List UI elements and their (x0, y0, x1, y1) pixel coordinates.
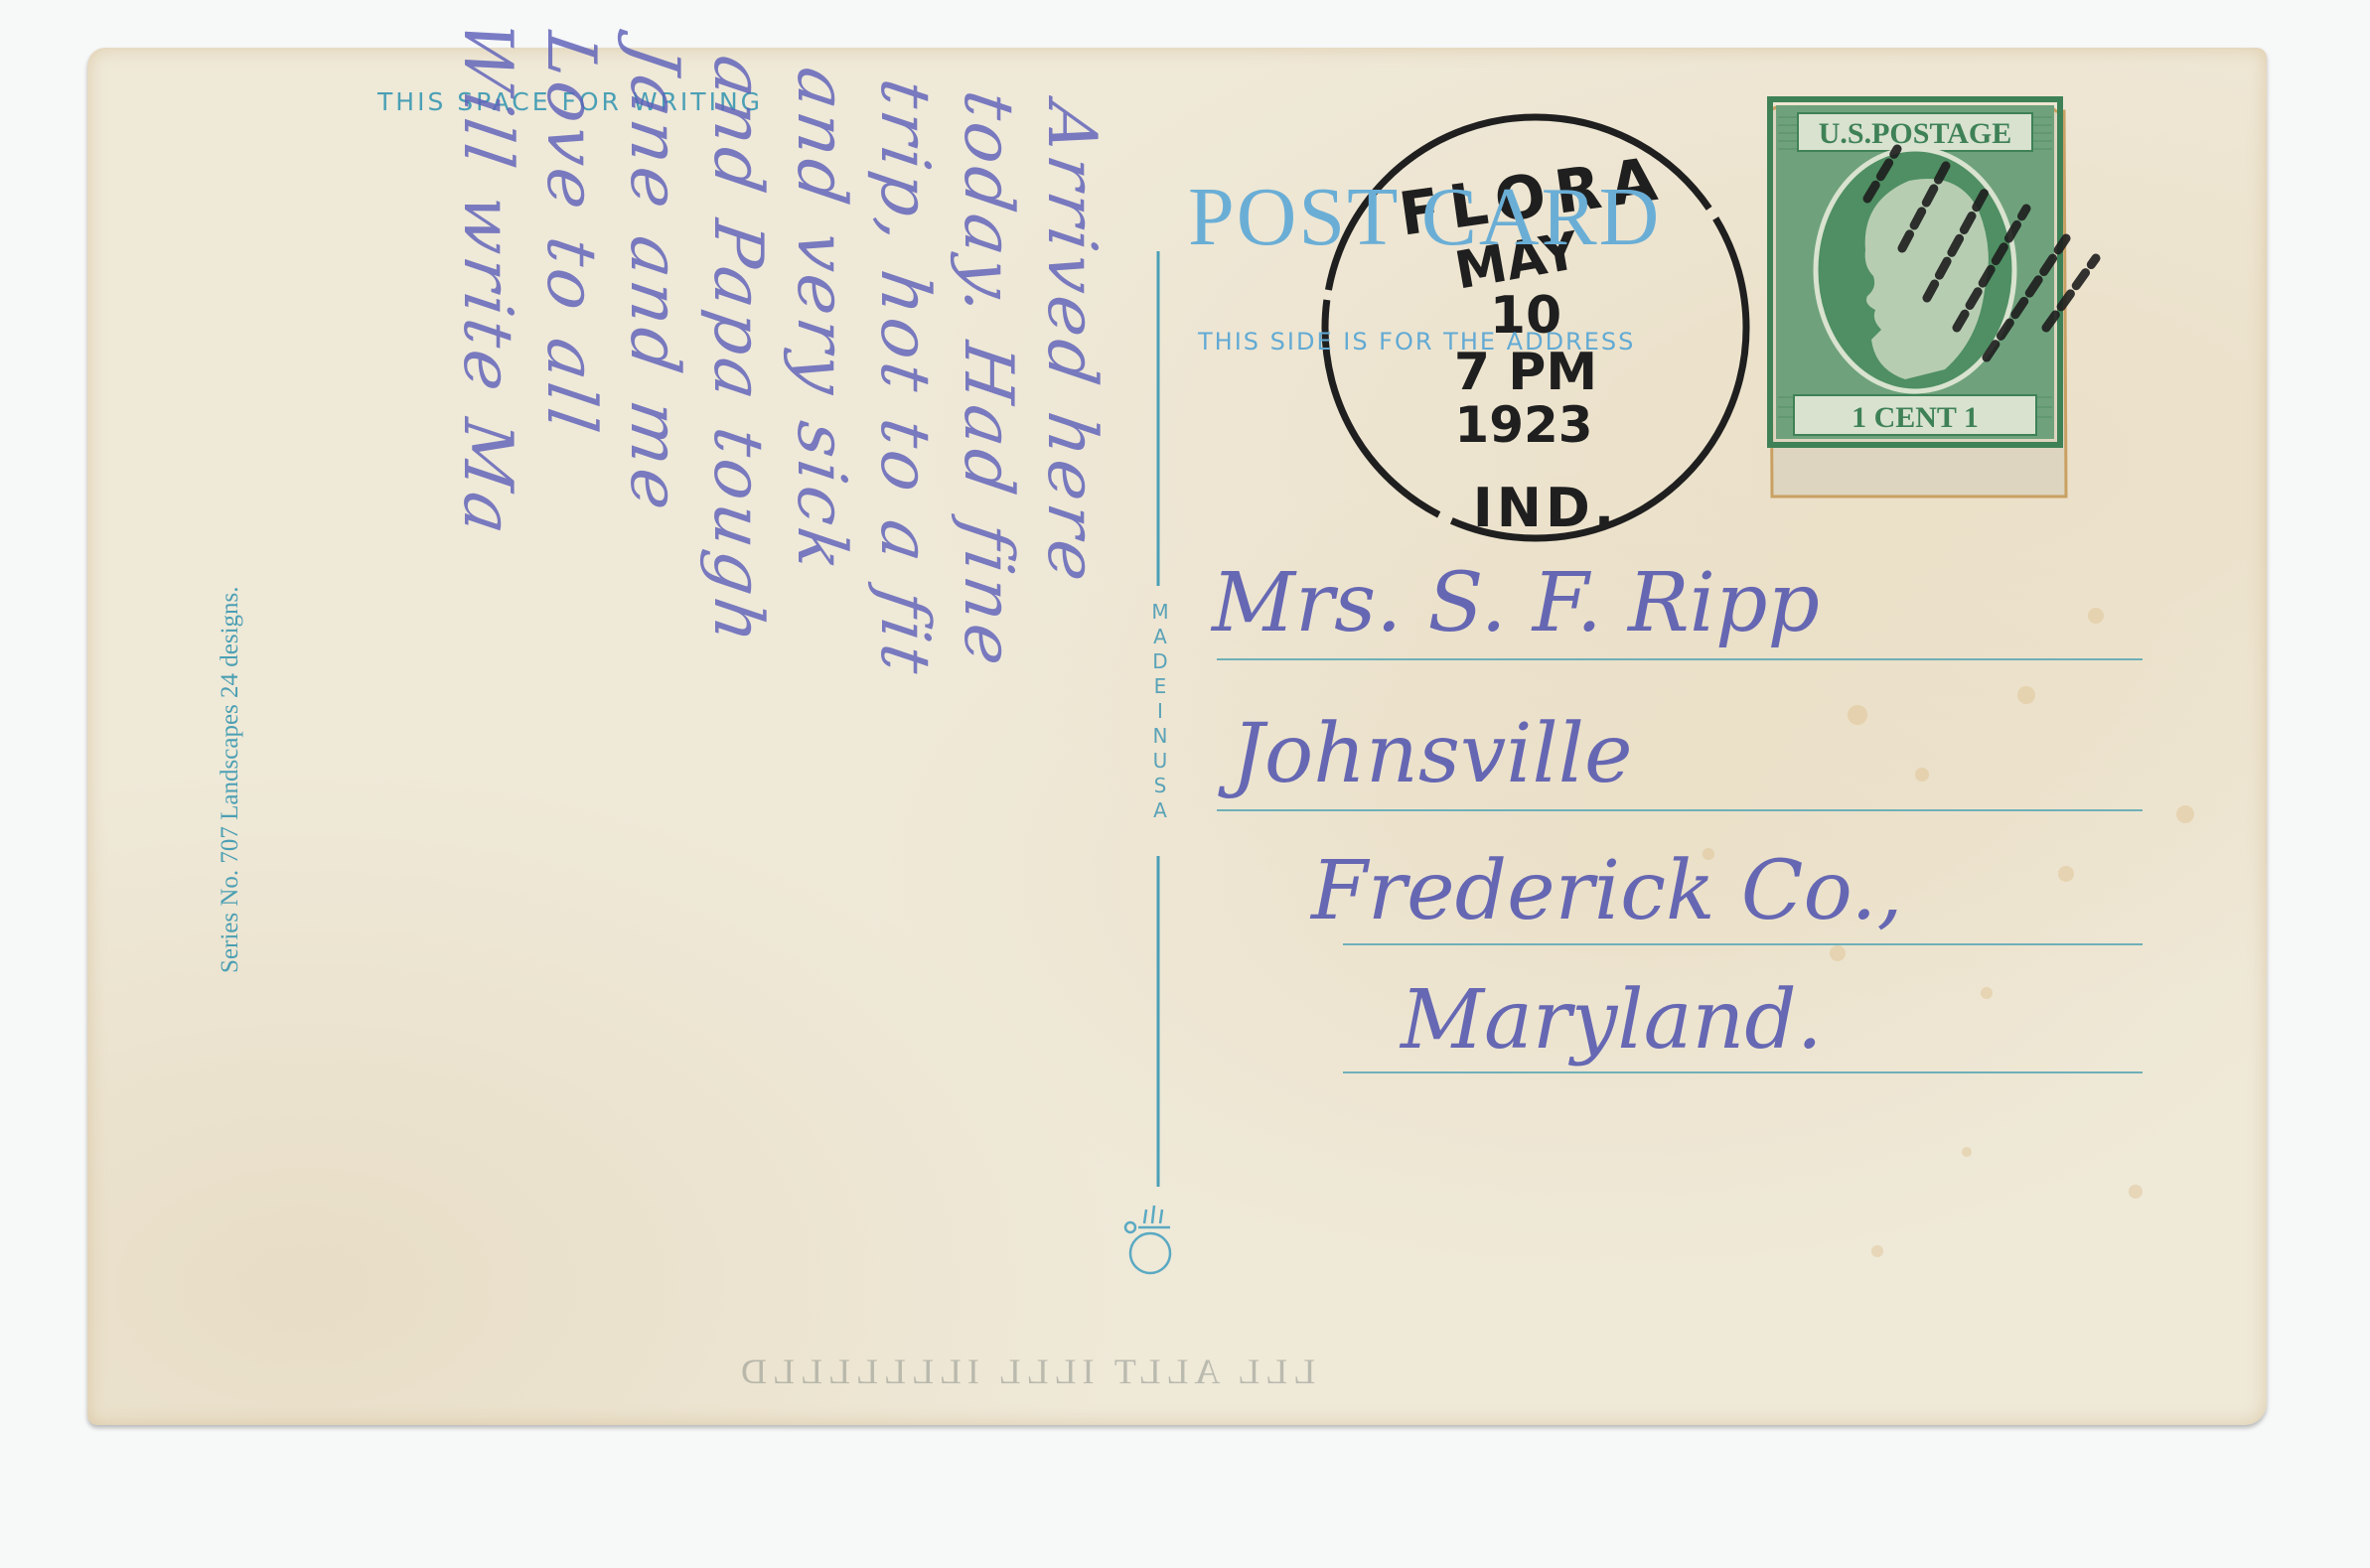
postmark-year: 1923 (1454, 396, 1592, 454)
message-line: today. Had fine (946, 85, 1029, 1349)
stamp-bottom-text: 1 CENT 1 (1852, 401, 1979, 434)
address-line-3: Frederick Co., (1311, 844, 1903, 938)
message-line: Will write Ma (445, 16, 528, 1279)
address-line-1: Mrs. S. F. Ripp (1212, 556, 1820, 650)
made-in-usa-label: MADE IN USA (1150, 600, 1170, 823)
address-line-4: Maryland. (1401, 973, 1823, 1068)
message-line: and very sick (779, 63, 862, 1326)
bleed-through-text: LLL ALLT ILLL ILLLLLLLD (735, 1351, 1315, 1392)
address-side-label: THIS SIDE IS FOR THE ADDRESS (1198, 328, 1635, 356)
address-line-2: Johnsville (1232, 707, 1632, 801)
postcard-artwork: U.S.POSTAGE 1 CENT 1 FLORA MAY 10 7 PM 1… (0, 0, 2370, 1568)
message-line: Love to all (528, 27, 612, 1290)
postmark-state: IND. (1473, 477, 1619, 539)
postcard-title: POST CARD (1188, 169, 1661, 265)
series-text: Series No. 707 Landscapes 24 designs. (217, 586, 244, 973)
stamp-top-text: U.S.POSTAGE (1819, 117, 2012, 150)
message-line: and Papa tough (695, 51, 779, 1314)
message-line: Arrived here (1029, 97, 1112, 1360)
handwritten-message: Arrived here today. Had fine trip, hot t… (445, 16, 1112, 1360)
postage-stamp: U.S.POSTAGE 1 CENT 1 (1770, 99, 2096, 497)
message-line: trip, hot to a fit (862, 74, 946, 1338)
message-line: Jane and me (612, 39, 695, 1302)
publisher-logo-icon (1125, 1206, 1170, 1273)
